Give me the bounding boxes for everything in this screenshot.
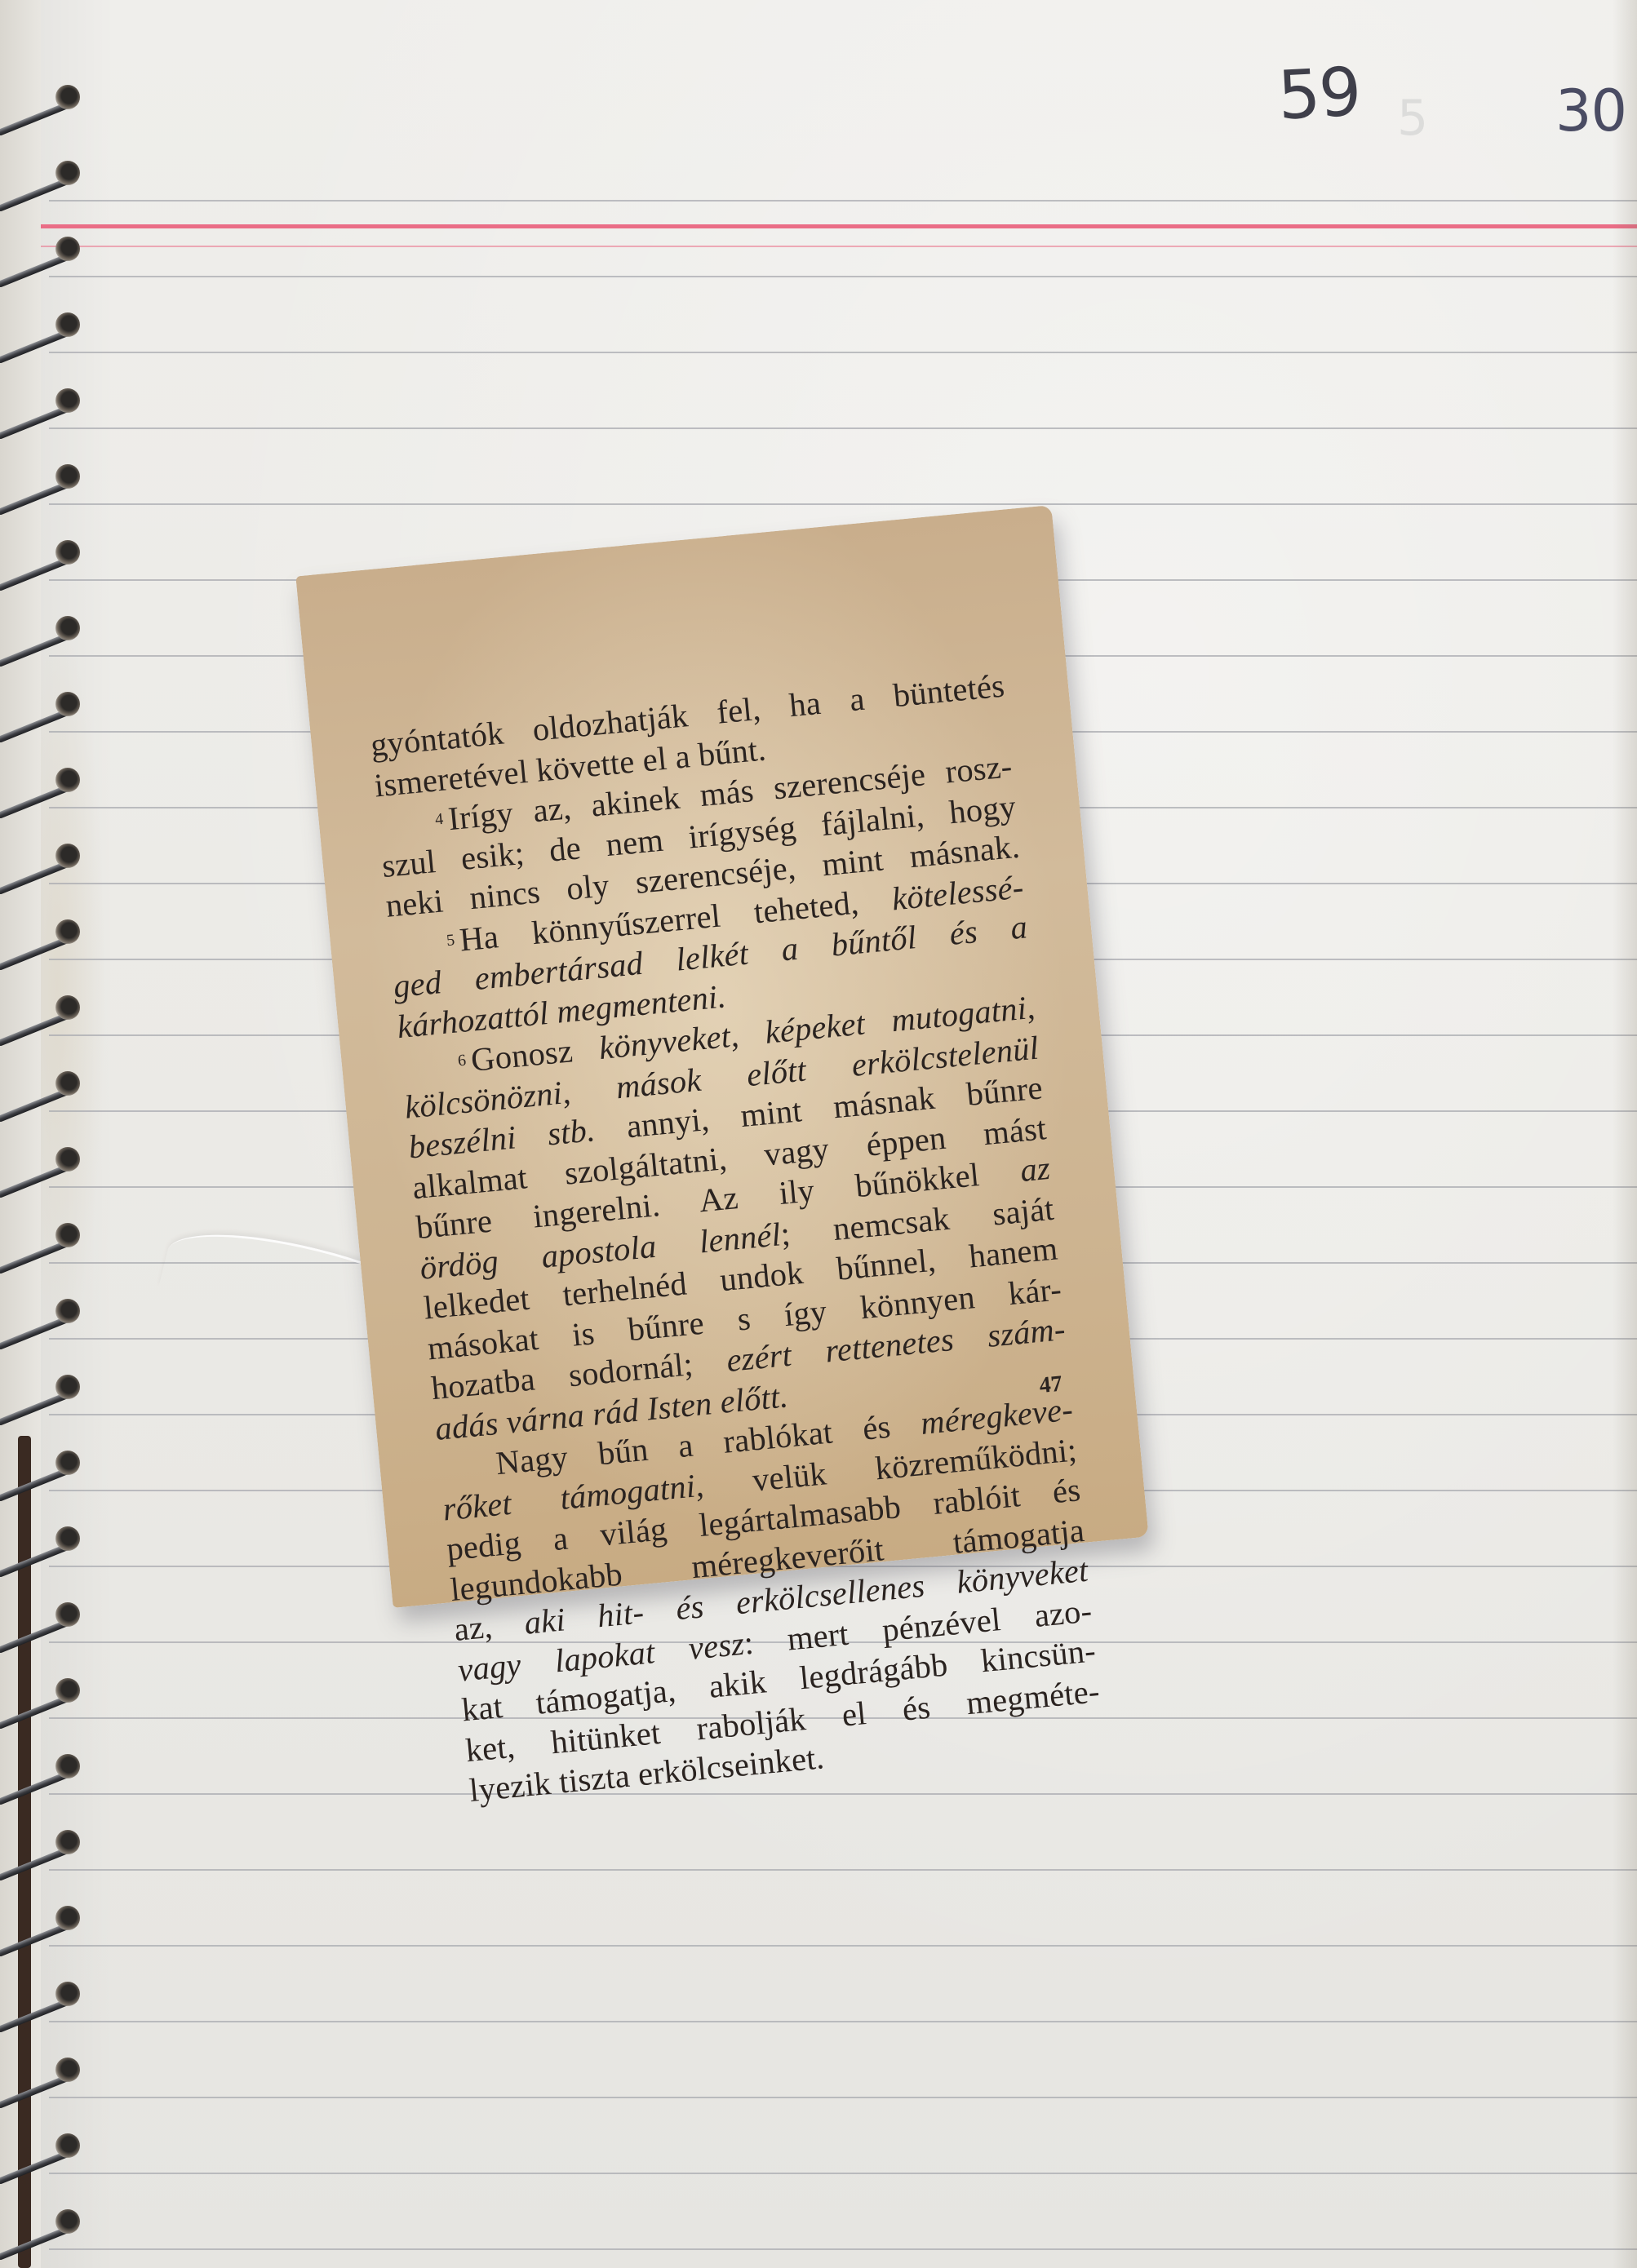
spiral-coil xyxy=(0,1599,90,1632)
punch-hole xyxy=(55,1906,80,1930)
spiral-coil xyxy=(0,385,90,418)
punch-hole xyxy=(55,768,80,792)
spiral-coil xyxy=(0,461,90,494)
spiral-coil xyxy=(0,1068,90,1101)
punch-hole xyxy=(55,464,80,489)
spiral-coil xyxy=(0,233,90,266)
ruled-line xyxy=(49,427,1637,429)
spiral-coil xyxy=(0,1296,90,1328)
ruled-line xyxy=(49,276,1637,277)
punch-hole xyxy=(55,1147,80,1172)
ruled-line xyxy=(49,1945,1637,1947)
header-red-line xyxy=(41,224,1637,228)
ruled-line xyxy=(49,1793,1637,1795)
text: az, xyxy=(453,1605,526,1648)
punch-hole xyxy=(55,844,80,868)
spiral-coil xyxy=(0,1675,90,1708)
spiral-coil xyxy=(0,1447,90,1480)
punch-hole xyxy=(55,237,80,261)
spiral-coil xyxy=(0,1144,90,1176)
spiral-coil xyxy=(0,1371,90,1404)
footnote-marker: 5 xyxy=(446,931,455,950)
handwritten-page-number: 59 xyxy=(1276,53,1362,135)
spiral-coil xyxy=(0,689,90,721)
ruled-line xyxy=(49,2173,1637,2174)
punch-hole xyxy=(55,2133,80,2158)
ruled-line xyxy=(49,352,1637,353)
header-red-line-secondary xyxy=(41,246,1637,247)
punch-hole xyxy=(55,616,80,640)
handwritten-secondary-number: 30 xyxy=(1555,78,1626,144)
spiral-coil xyxy=(0,2130,90,2163)
punch-hole xyxy=(55,1982,80,2006)
ruled-line xyxy=(49,503,1637,505)
spiral-coil xyxy=(0,309,90,342)
spiral-coil xyxy=(0,1978,90,2011)
punch-hole xyxy=(55,540,80,565)
clipping-text: gyóntatók oldozhatják fel, ha a büntetés… xyxy=(369,666,1105,1811)
punch-hole xyxy=(55,919,80,944)
spiral-coil xyxy=(0,613,90,645)
punch-hole xyxy=(55,1754,80,1779)
clipping-page-number: 47 xyxy=(1038,1371,1063,1399)
spiral-coil xyxy=(0,1523,90,1556)
spiral-coil xyxy=(0,1751,90,1783)
punch-hole xyxy=(55,2058,80,2082)
spiral-coil xyxy=(0,764,90,797)
notebook-page: 59 5 30 gyóntatók oldozhatják fel, ha a … xyxy=(0,0,1637,2268)
spiral-coil xyxy=(0,537,90,569)
spiral-coil xyxy=(0,992,90,1025)
page-right-edge xyxy=(1613,0,1637,2268)
punch-hole xyxy=(55,2209,80,2234)
italic-text: az xyxy=(1018,1150,1051,1189)
ruled-line xyxy=(49,2097,1637,2098)
punch-hole xyxy=(55,1299,80,1323)
footnote-marker: 4 xyxy=(434,810,444,829)
punch-hole xyxy=(55,1451,80,1475)
punch-hole xyxy=(55,1830,80,1854)
ruled-line xyxy=(49,2248,1637,2250)
spiral-binding xyxy=(0,0,90,2268)
ruled-line xyxy=(49,1869,1637,1871)
spiral-coil xyxy=(0,840,90,873)
punch-hole xyxy=(55,1375,80,1399)
spiral-coil xyxy=(0,1827,90,1859)
punch-hole xyxy=(55,1526,80,1551)
punch-hole xyxy=(55,1223,80,1247)
punch-hole xyxy=(55,995,80,1020)
punch-hole xyxy=(55,388,80,413)
punch-hole xyxy=(55,1678,80,1703)
spiral-coil xyxy=(0,157,90,190)
book-page-clipping: gyóntatók oldozhatják fel, ha a büntetés… xyxy=(295,505,1148,1608)
punch-hole xyxy=(55,312,80,337)
punch-hole xyxy=(55,85,80,109)
footnote-marker: 6 xyxy=(457,1052,467,1070)
spiral-coil xyxy=(0,1903,90,1935)
spiral-coil xyxy=(0,2054,90,2087)
spiral-coil xyxy=(0,1220,90,1252)
spiral-coil xyxy=(0,2206,90,2239)
handwritten-faint-mark: 5 xyxy=(1397,90,1428,147)
punch-hole xyxy=(55,161,80,185)
punch-hole xyxy=(55,1071,80,1096)
ruled-line xyxy=(49,200,1637,202)
punch-hole xyxy=(55,692,80,716)
ruled-line xyxy=(49,2021,1637,2022)
spiral-coil xyxy=(0,82,90,114)
spiral-coil xyxy=(0,916,90,949)
punch-hole xyxy=(55,1602,80,1627)
